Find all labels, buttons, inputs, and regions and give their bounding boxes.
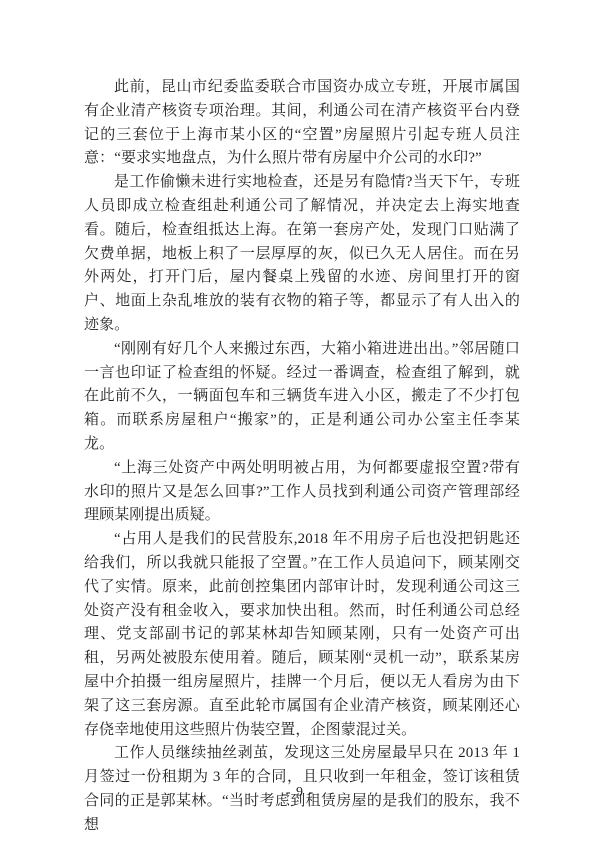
paragraph-4: “上海三处资产中两处明明被占用，为何都要虚报空置?带有水印的照片又是怎么回事?”… [84, 457, 520, 528]
page-number: - 9 - [0, 785, 600, 801]
document-page: 此前，昆山市纪委监委联合市国资办成立专班，开展市属国有企业清产核资专项治理。其间… [0, 0, 600, 849]
paragraph-5: “占用人是我们的民营股东,2018 年不用房子后也没把钥匙还给我们，所以我就只能… [84, 528, 520, 742]
paragraph-3: “刚刚有好几个人来搬过东西，大箱小箱进进出出。”邻居随口一言也印证了检查组的怀疑… [84, 338, 520, 457]
paragraph-1: 此前，昆山市纪委监委联合市国资办成立专班，开展市属国有企业清产核资专项治理。其间… [84, 76, 520, 171]
article-body: 此前，昆山市纪委监委联合市国资办成立专班，开展市属国有企业清产核资专项治理。其间… [84, 76, 520, 838]
paragraph-2: 是工作偷懒未进行实地检查，还是另有隐情?当天下午，专班人员即成立检查组赴利通公司… [84, 171, 520, 338]
